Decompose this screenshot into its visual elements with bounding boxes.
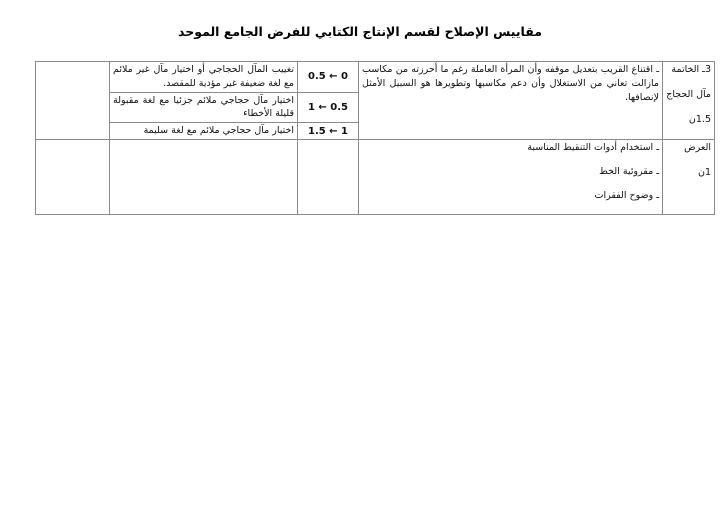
section-label-cell-presentation: العرض 1ن (663, 140, 715, 215)
section-criterion: مآل الحجاج (666, 88, 711, 101)
criterion-bullet: ـ وضوح الفقرات (362, 189, 659, 202)
section-points: 1ن (666, 166, 711, 179)
descriptor-text: اختيار مآل حجاجي ملائم جزئيا مع لغة مقبو… (113, 95, 294, 120)
score-range-cell: 1.5 ← 1 (298, 123, 359, 140)
criterion-bullet: ـ استخدام أدوات التنقيط المناسبة (362, 141, 659, 154)
score-range-cell: 0.5 ← 0 (298, 62, 359, 93)
score-range-cell: 1 ← 0.5 (298, 92, 359, 123)
descriptor-cell: اختيار مآل حجاجي ملائم مع لغة سليمة (110, 123, 298, 140)
descriptor-cell-empty (110, 140, 298, 215)
score-range-text: 0.5 ← 0 (308, 71, 348, 82)
descriptor-text: اختيار مآل حجاجي ملائم مع لغة سليمة (144, 125, 294, 136)
expected-answer-cell: ـ اقتناع القريب بتعديل موقفه وأن المرأة … (359, 62, 663, 140)
empty-margin-cell (36, 62, 110, 140)
score-range-text: 1.5 ← 1 (308, 126, 348, 137)
empty-margin-cell (36, 140, 110, 215)
section-title: العرض (666, 141, 711, 154)
section-number-title: 3ـ الخاتمة (666, 63, 711, 76)
descriptor-text: تغييب المآل الحجاجي أو اختيار مآل غير مل… (113, 64, 294, 89)
criterion-bullet: ـ مقروئية الخط (362, 165, 659, 178)
section-points: 1.5ن (666, 113, 711, 126)
descriptor-cell: اختيار مآل حجاجي ملائم جزئيا مع لغة مقبو… (110, 92, 298, 123)
correction-rubric-table: 3ـ الخاتمة مآل الحجاج 1.5ن ـ اقتناع القر… (35, 61, 715, 215)
descriptor-cell: تغييب المآل الحجاجي أو اختيار مآل غير مل… (110, 62, 298, 93)
page-title: مقاييس الإصلاح لقسم الإنتاج الكتابي للفر… (0, 24, 720, 39)
score-range-text: 1 ← 0.5 (308, 102, 348, 113)
expected-answer-text: ـ اقتناع القريب بتعديل موقفه وأن المرأة … (362, 64, 659, 103)
score-range-cell-empty (298, 140, 359, 215)
table-row: 3ـ الخاتمة مآل الحجاج 1.5ن ـ اقتناع القر… (36, 62, 715, 93)
section-label-cell-conclusion: 3ـ الخاتمة مآل الحجاج 1.5ن (663, 62, 715, 140)
document-page: مقاييس الإصلاح لقسم الإنتاج الكتابي للفر… (0, 0, 720, 509)
table-row: العرض 1ن ـ استخدام أدوات التنقيط المناسب… (36, 140, 715, 215)
presentation-criteria-cell: ـ استخدام أدوات التنقيط المناسبة ـ مقروئ… (359, 140, 663, 215)
